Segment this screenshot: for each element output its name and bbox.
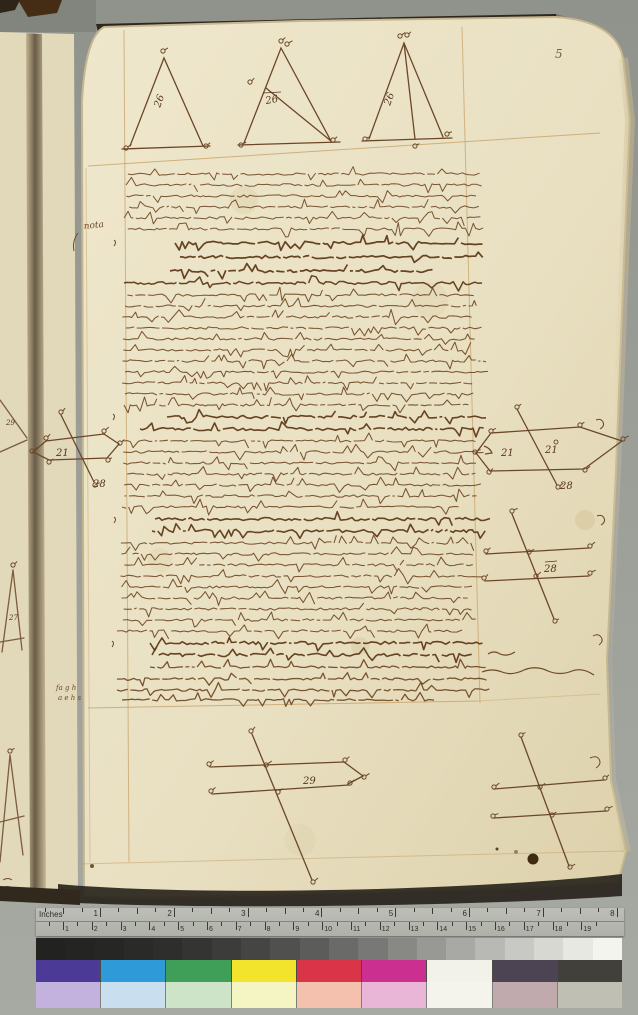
left-parallelogram-label: 21 — [55, 448, 69, 459]
cm-tick — [49, 922, 50, 926]
cm-tick — [509, 922, 510, 926]
cm-number: 16 — [497, 926, 505, 934]
inch-tick — [432, 908, 433, 914]
foot-parallels-label: 29 — [302, 776, 316, 787]
cm-tick — [481, 922, 482, 926]
folio-number: 5 — [555, 47, 563, 61]
gray-step — [446, 938, 475, 960]
cm-tick — [409, 922, 410, 930]
left-transversal-label: 28 — [92, 479, 106, 490]
color-patch — [492, 960, 557, 982]
gray-step — [505, 938, 534, 960]
color-patch-pastel — [361, 982, 426, 1008]
color-patch-pastel — [426, 982, 491, 1008]
color-target-row-2 — [36, 982, 622, 1008]
cm-tick — [437, 922, 438, 930]
cm-number: 11 — [353, 926, 360, 934]
inch-tick — [524, 908, 525, 912]
cm-tick — [293, 922, 294, 930]
inch-tick — [340, 908, 341, 912]
cm-tick — [351, 922, 352, 930]
cm-tick — [337, 922, 338, 926]
cm-tick — [265, 922, 266, 930]
inch-tick — [155, 908, 156, 912]
cm-tick — [394, 922, 395, 926]
color-patch — [165, 960, 230, 982]
cm-tick — [207, 922, 208, 930]
inch-tick — [377, 908, 378, 912]
cm-number: 13 — [411, 926, 419, 934]
cm-number: 2 — [94, 926, 98, 934]
ruler-inches-label: Inches — [39, 910, 63, 919]
color-patch — [296, 960, 361, 982]
inch-tick — [82, 908, 83, 912]
color-patch-pastel — [165, 982, 230, 1008]
inch-tick — [63, 908, 64, 914]
calibration-ruler: Inches 123456781234567891011121314151617… — [36, 908, 624, 936]
inch-tick — [174, 908, 175, 917]
cm-tick — [581, 922, 582, 930]
gray-step — [593, 938, 622, 960]
inch-tick — [211, 908, 212, 914]
color-patch — [231, 960, 296, 982]
color-patch — [361, 960, 426, 982]
ink-blot — [528, 854, 539, 865]
color-patch-pastel — [296, 982, 361, 1008]
inch-number: 3 — [234, 910, 246, 918]
cm-tick — [380, 922, 381, 930]
inch-tick — [598, 908, 599, 912]
cm-number: 6 — [209, 926, 213, 934]
inch-tick — [100, 908, 101, 917]
right-parallelogram-label-right: 21 — [544, 445, 558, 456]
cm-number: 18 — [555, 926, 563, 934]
gray-step — [563, 938, 592, 960]
gray-step — [388, 938, 417, 960]
cm-tick — [77, 922, 78, 926]
inch-tick — [617, 908, 618, 917]
gray-step — [358, 938, 387, 960]
gray-step — [241, 938, 270, 960]
cm-number: 12 — [382, 926, 390, 934]
cm-tick — [322, 922, 323, 930]
color-patch-pastel — [231, 982, 296, 1008]
cm-tick — [596, 922, 597, 926]
inch-tick — [414, 908, 415, 912]
color-patch-pastel — [36, 982, 100, 1008]
cm-tick — [236, 922, 237, 930]
inch-tick — [137, 908, 138, 914]
cm-number: 15 — [468, 926, 476, 934]
cm-tick — [121, 922, 122, 930]
inch-tick — [561, 908, 562, 912]
fragment-top-label: 29 — [5, 419, 15, 427]
gray-step — [300, 938, 329, 960]
cm-tick — [524, 922, 525, 930]
cm-number: 9 — [295, 926, 299, 934]
gray-step — [534, 938, 563, 960]
cm-tick — [279, 922, 280, 926]
color-patch-pastel — [492, 982, 557, 1008]
inch-tick — [45, 908, 46, 912]
cm-tick — [164, 922, 165, 926]
cm-number: 10 — [324, 926, 332, 934]
inch-number: 5 — [381, 910, 393, 918]
right-transversal-label: 28 — [559, 481, 573, 492]
cm-number: 8 — [267, 926, 271, 934]
inch-tick — [285, 908, 286, 914]
ruler-divider — [36, 921, 624, 922]
inch-tick — [118, 908, 119, 912]
cm-tick — [308, 922, 309, 926]
color-patch-pastel — [100, 982, 165, 1008]
cm-tick — [553, 922, 554, 930]
cm-tick — [466, 922, 467, 930]
inch-tick — [303, 908, 304, 912]
inch-tick — [358, 908, 359, 914]
inch-tick — [248, 908, 249, 917]
inch-tick — [321, 908, 322, 917]
gray-step — [270, 938, 299, 960]
right-parallelogram-label-left: 21 — [500, 448, 514, 459]
inch-tick — [266, 908, 267, 912]
inch-number: 2 — [160, 910, 172, 918]
margin-letters-1: fa g h — [55, 684, 76, 692]
gray-step — [212, 938, 241, 960]
gray-step — [36, 938, 65, 960]
cm-tick — [106, 922, 107, 926]
cm-tick — [149, 922, 150, 930]
color-patch — [426, 960, 491, 982]
cm-tick — [63, 922, 64, 930]
cm-tick — [452, 922, 453, 926]
gray-step — [475, 938, 504, 960]
color-patch — [100, 960, 165, 982]
cm-number: 14 — [439, 926, 447, 934]
cm-tick — [193, 922, 194, 926]
inch-tick — [192, 908, 193, 912]
grayscale-wedge — [36, 938, 622, 960]
fragment-mid-label: 27 — [8, 614, 18, 622]
inch-tick — [229, 908, 230, 912]
margin-letters-2: a e h s — [58, 694, 81, 702]
cm-tick — [538, 922, 539, 926]
gray-step — [95, 938, 124, 960]
cm-number: 5 — [180, 926, 184, 934]
color-patch-pastel — [557, 982, 622, 1008]
cm-number: 7 — [238, 926, 242, 934]
inch-tick — [451, 908, 452, 912]
color-patch — [36, 960, 100, 982]
cm-tick — [178, 922, 179, 930]
gray-step — [124, 938, 153, 960]
inch-tick — [543, 908, 544, 917]
gray-step — [417, 938, 446, 960]
cm-number: 4 — [151, 926, 155, 934]
inch-tick — [395, 908, 396, 917]
book-photograph: 26 26 26 21 28 21 21 28 28 29 29 27 nota… — [0, 0, 638, 1015]
margin-note-nota: nota — [83, 220, 104, 232]
color-patch — [557, 960, 622, 982]
cm-tick — [92, 922, 93, 930]
inch-tick — [487, 908, 488, 912]
inch-number: 6 — [455, 910, 467, 918]
cm-tick — [221, 922, 222, 926]
cm-tick — [567, 922, 568, 926]
cm-tick — [365, 922, 366, 926]
color-target-row-1 — [36, 960, 622, 982]
gray-step — [329, 938, 358, 960]
inch-tick — [469, 908, 470, 917]
inch-number: 7 — [529, 910, 541, 918]
right-parallels-label: 28 — [543, 564, 557, 575]
inch-number: 4 — [307, 910, 319, 918]
gray-step — [65, 938, 94, 960]
cm-number: 1 — [65, 926, 69, 934]
cm-tick — [135, 922, 136, 926]
cm-number: 19 — [583, 926, 591, 934]
gray-step — [153, 938, 182, 960]
gray-step — [182, 938, 211, 960]
inch-number: 1 — [86, 910, 98, 918]
cm-number: 3 — [123, 926, 127, 934]
inch-number: 8 — [603, 910, 615, 918]
cm-tick — [495, 922, 496, 930]
cm-tick — [250, 922, 251, 926]
manuscript-scan-photo: 26 26 26 21 28 21 21 28 28 29 29 27 nota… — [0, 0, 638, 1015]
inch-tick — [506, 908, 507, 914]
cm-tick — [423, 922, 424, 926]
inch-tick — [580, 908, 581, 914]
cm-number: 17 — [526, 926, 534, 934]
